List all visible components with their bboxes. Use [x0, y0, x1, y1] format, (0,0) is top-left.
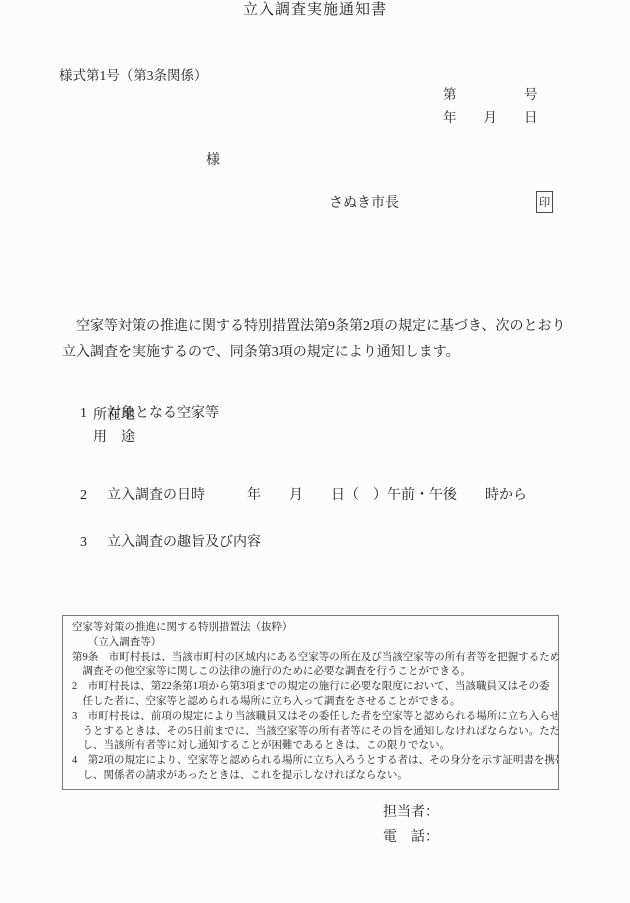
law-excerpt-line: 第9条 市町村長は、当該市町村の区域内にある空家等の所在及び当該空家等の所有者等…: [72, 651, 552, 666]
seal-label: 印: [539, 194, 551, 210]
item-1: 1対象となる空家等: [66, 384, 219, 444]
item-1-sub-usage: 用 途: [93, 428, 135, 448]
body-paragraph-line-2: 立入調査を実施するので、同条第3項の規定により通知します。: [62, 343, 460, 363]
law-excerpt-line: し、関係者の請求があったときは、これを提示しなければならない。: [72, 769, 552, 784]
law-excerpt-line: し、当該所有者等に対し通知することが困難であるときは、この限りでない。: [72, 739, 552, 754]
item-3-label: 立入調査の趣旨及び内容: [107, 535, 261, 550]
law-excerpt-line: 調査その他空家等に関しこの法律の施行のために必要な調査を行うことができる。: [72, 665, 552, 680]
document-page: 様式第1号（第3条関係） 第 号 年 月 日 様 さぬき市長 印 立入調査実施通…: [0, 0, 630, 903]
item-3: 3立入調査の趣旨及び内容: [66, 513, 261, 573]
law-excerpt-line: うとするときは、その5日前までに、当該空家等の所有者等にその旨を通知しなければな…: [72, 725, 552, 740]
law-excerpt-line: 4 第2項の規定により、空家等と認められる場所に立ち入ろうとする者は、その身分を…: [72, 754, 552, 769]
item-2-number: 2: [80, 486, 107, 506]
contact-phone-label: 電 話：: [383, 828, 439, 848]
item-2-label: 立入調査の日時 年 月 日（ ）午前・午後 時から: [107, 488, 527, 503]
item-1-sub-location: 所在地: [93, 406, 135, 426]
document-number-line: 第 号: [443, 85, 538, 104]
law-excerpt-line: 任した者に、空家等と認められる場所に立ち入って調査をさせることができる。: [72, 695, 552, 710]
contact-person-label: 担当者：: [383, 803, 439, 823]
law-excerpt-box: 空家等対策の推進に関する特別措置法（抜粋） （立入調査等） 第9条 市町村長は、…: [62, 615, 559, 790]
date-line: 年 月 日: [443, 108, 538, 127]
seal-stamp-box: 印: [536, 191, 553, 213]
item-3-number: 3: [80, 533, 107, 553]
mayor-signature: さぬき市長: [329, 194, 399, 214]
law-excerpt-line: 2 市町村長は、第22条第1項から第3項までの規定の施行に必要な限度において、当…: [72, 680, 552, 695]
law-excerpt-line: （立入調査等）: [72, 636, 552, 651]
document-title: 立入調査実施通知書: [0, 0, 630, 21]
addressee-suffix: 様: [206, 151, 220, 171]
body-paragraph-line-1: 空家等対策の推進に関する特別措置法第9条第2項の規定に基づき、次のとおり: [62, 317, 565, 337]
form-label: 様式第1号（第3条関係）: [59, 66, 208, 85]
law-excerpt-line: 3 市町村長は、前項の規定により当該職員又はその委任した者を空家等と認められる場…: [72, 710, 552, 725]
law-excerpt-line: 空家等対策の推進に関する特別措置法（抜粋）: [72, 621, 552, 636]
